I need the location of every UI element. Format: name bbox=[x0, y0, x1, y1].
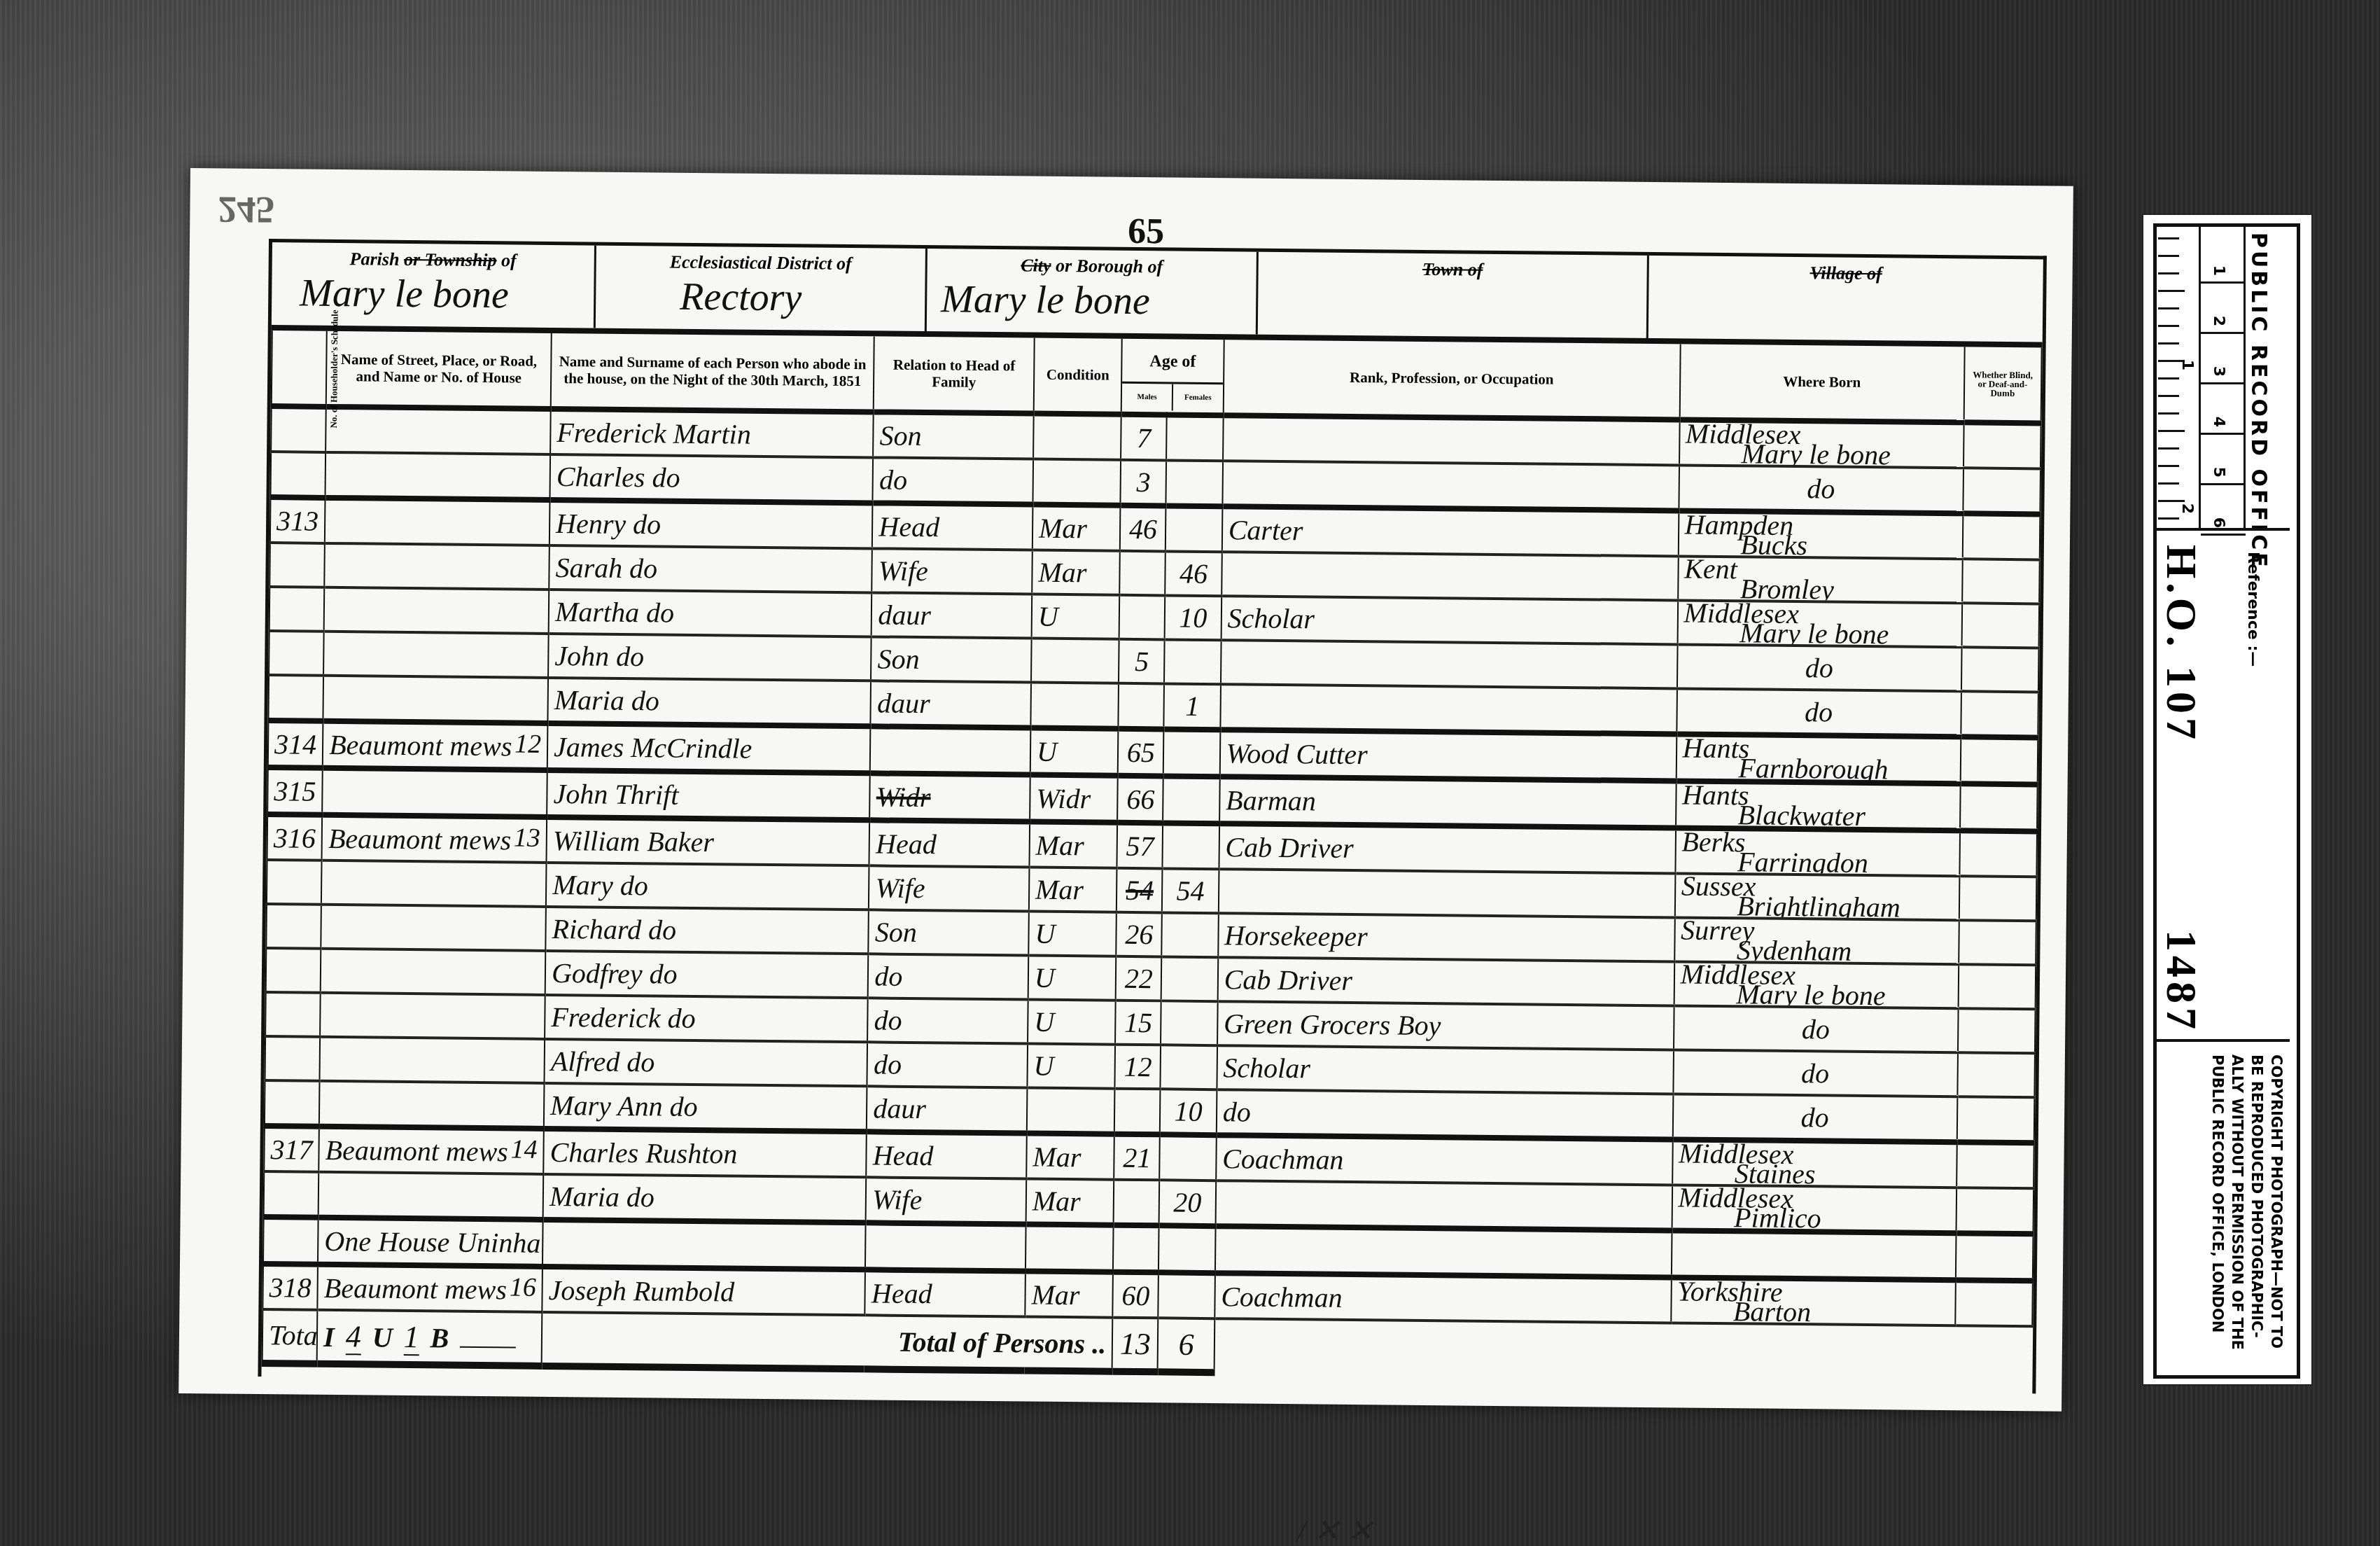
condition bbox=[1027, 1088, 1115, 1134]
uninhabited-value: 1 bbox=[403, 1320, 419, 1356]
male-age: 65 bbox=[1118, 729, 1164, 777]
relation: Son bbox=[869, 910, 1029, 955]
house-number: 12 bbox=[514, 734, 541, 753]
cm-ruler: 123456 bbox=[2199, 227, 2246, 528]
female-age bbox=[1161, 1001, 1218, 1045]
page-number: 65 bbox=[1128, 211, 1165, 252]
ruler-tick bbox=[2158, 517, 2179, 520]
person-name: Mary Ann do bbox=[544, 1083, 867, 1131]
cm-division bbox=[2201, 382, 2246, 384]
female-age bbox=[1163, 729, 1220, 777]
birth-county: Berks bbox=[1681, 828, 1746, 857]
street-address bbox=[324, 587, 549, 634]
birth-county: Kent bbox=[1684, 556, 1737, 584]
ruler-tick bbox=[2158, 325, 2179, 327]
male-age: 54 bbox=[1116, 868, 1163, 913]
condition bbox=[1033, 414, 1121, 460]
blind-deaf bbox=[1956, 1142, 2034, 1188]
female-age bbox=[1158, 1225, 1215, 1273]
occupation bbox=[1220, 684, 1676, 734]
piece-number: 1487 bbox=[2156, 930, 2206, 1033]
where-born: do bbox=[1676, 688, 1961, 737]
cm-label: 1 bbox=[2210, 265, 2227, 276]
street-address bbox=[322, 768, 547, 817]
total-houses-values: I4U1B bbox=[317, 1310, 542, 1366]
reference-label: Reference :— bbox=[2244, 552, 2262, 667]
male-age bbox=[1114, 1180, 1160, 1226]
person-name bbox=[542, 1220, 866, 1269]
street-name: Beaumont mews bbox=[324, 1272, 507, 1305]
relation: Wife bbox=[869, 865, 1029, 911]
relation: daur bbox=[867, 1086, 1027, 1133]
female-age bbox=[1162, 912, 1219, 957]
person-name: James McCrindle bbox=[547, 723, 871, 773]
ecclesiastical-label: Ecclesiastical District of bbox=[596, 251, 925, 276]
cm-label: 2 bbox=[2210, 316, 2227, 326]
street-address: 13Beaumont mews bbox=[322, 815, 547, 863]
borough-label: City or Borough of bbox=[927, 254, 1256, 279]
reference-box: Reference :— H.O. 107 1487 bbox=[2157, 528, 2290, 1042]
female-age bbox=[1158, 1272, 1215, 1318]
birth-county: do bbox=[1800, 1101, 1828, 1133]
blind-deaf bbox=[1955, 1280, 2033, 1326]
birth-county: do bbox=[1802, 1013, 1830, 1045]
female-age: 46 bbox=[1165, 551, 1222, 596]
ecclesiastical-cell: Ecclesiastical District of Rectory bbox=[596, 246, 927, 332]
where-born: MiddlesexStaines bbox=[1672, 1139, 1957, 1188]
where-born: do bbox=[1676, 644, 1961, 691]
totals-blank bbox=[1214, 1318, 2032, 1380]
where-born: SurreySydenham bbox=[1674, 917, 1959, 964]
person-name: Alfred do bbox=[545, 1039, 868, 1086]
relation: Wife bbox=[866, 1177, 1026, 1224]
person-name: William Baker bbox=[547, 817, 870, 865]
col-where-born: Where Born bbox=[1679, 344, 1964, 422]
ruler-tick bbox=[2158, 342, 2179, 344]
occupation: do bbox=[1217, 1089, 1673, 1139]
person-name: John Thrift bbox=[547, 770, 870, 820]
condition: Mar bbox=[1029, 822, 1117, 868]
schedule-number bbox=[267, 860, 322, 905]
cm-label: 4 bbox=[2210, 417, 2227, 427]
where-born: HantsBlackwater bbox=[1676, 781, 1961, 830]
col-name: Name and Surname of each Person who abod… bbox=[551, 333, 874, 412]
relation: Head bbox=[865, 1269, 1025, 1316]
occupation bbox=[1215, 1226, 1672, 1277]
cm-division bbox=[2201, 332, 2246, 334]
person-name: Frederick Martin bbox=[550, 409, 874, 457]
relation: Head bbox=[869, 820, 1030, 867]
ruler-tick bbox=[2158, 307, 2179, 309]
schedule-number: 315 bbox=[267, 767, 323, 815]
occupation bbox=[1221, 552, 1678, 600]
condition bbox=[1030, 683, 1119, 729]
census-sheet: Parish or Township of Mary le bone Eccle… bbox=[258, 239, 2046, 1393]
occupation: Cab Driver bbox=[1219, 823, 1675, 873]
ruler-tick bbox=[2158, 412, 2179, 415]
person-name: Mary do bbox=[546, 863, 869, 910]
relation: Son bbox=[871, 636, 1031, 682]
inch-label: 1 bbox=[2178, 360, 2196, 370]
parish-value: Mary le bone bbox=[272, 270, 594, 318]
street-name: Beaumont mews bbox=[328, 822, 511, 856]
person-name: Sarah do bbox=[549, 545, 872, 592]
where-born: HantsFarnborough bbox=[1676, 734, 1961, 784]
cm-division bbox=[2201, 483, 2246, 485]
street-address bbox=[321, 949, 545, 995]
street-address bbox=[318, 1172, 543, 1220]
ruler-tick bbox=[2158, 465, 2179, 467]
condition: Mar bbox=[1026, 1134, 1114, 1180]
ruler-tick bbox=[2158, 255, 2179, 257]
birth-county: do bbox=[1805, 652, 1833, 683]
street-address bbox=[325, 452, 550, 500]
col-females: Females bbox=[1173, 384, 1223, 411]
condition: U bbox=[1030, 728, 1119, 776]
relation bbox=[865, 1223, 1025, 1271]
schedule-number bbox=[265, 1036, 320, 1081]
occupation bbox=[1215, 1181, 1672, 1230]
where-born: do bbox=[1672, 1094, 1957, 1142]
female-age: 54 bbox=[1162, 868, 1219, 913]
location-header: Parish or Township of Mary le bone Eccle… bbox=[272, 242, 2043, 347]
blind-deaf bbox=[1961, 603, 2039, 648]
blind-deaf bbox=[1959, 876, 2036, 921]
census-rows: Frederick MartinSon7MiddlesexMary le bon… bbox=[262, 406, 2040, 1326]
ruler-tick bbox=[2158, 395, 2179, 397]
where-born: do bbox=[1674, 1005, 1959, 1052]
schedule-number bbox=[270, 452, 325, 498]
birth-county: do bbox=[1807, 473, 1835, 504]
birth-county: do bbox=[1805, 696, 1833, 727]
relation: Head bbox=[872, 503, 1032, 550]
cm-division bbox=[2201, 433, 2246, 435]
where-born: HampdenBucks bbox=[1678, 510, 1963, 559]
street-address: 16Beaumont mews bbox=[318, 1265, 542, 1312]
blind-deaf bbox=[1957, 1052, 2035, 1097]
female-age bbox=[1161, 1045, 1217, 1089]
occupation bbox=[1221, 640, 1677, 688]
person-name: Maria do bbox=[543, 1174, 867, 1223]
occupation: Horsekeeper bbox=[1218, 913, 1674, 961]
village-cell: Village of bbox=[1648, 256, 2043, 342]
condition: Mar bbox=[1032, 505, 1121, 551]
street-address bbox=[325, 498, 549, 545]
total-persons-label: Total of Persons .. bbox=[542, 1312, 1113, 1372]
female-age bbox=[1166, 460, 1223, 506]
male-age: 60 bbox=[1113, 1272, 1159, 1318]
building-value bbox=[460, 1346, 516, 1348]
person-name: Godfrey do bbox=[545, 951, 869, 998]
person-name: Martha do bbox=[549, 590, 872, 636]
street-address bbox=[321, 905, 546, 951]
schedule-number bbox=[271, 406, 326, 452]
parish-label: Parish or Township of bbox=[272, 248, 594, 272]
occupation: Wood Cutter bbox=[1219, 730, 1676, 781]
occupation: Carter bbox=[1222, 506, 1679, 556]
col-street: Name of Street, Place, or Road, and Name… bbox=[326, 331, 552, 409]
cm-label: 5 bbox=[2210, 467, 2227, 478]
occupation bbox=[1223, 415, 1679, 465]
copyright-notice: COPYRIGHT PHOTOGRAPH—NOT TO BE REPRODUCE… bbox=[2157, 1039, 2290, 1371]
street-address: 12Beaumont mews bbox=[323, 721, 548, 770]
person-name: Joseph Rumbold bbox=[542, 1267, 865, 1315]
folio-stamp: 245 bbox=[218, 188, 275, 232]
relation bbox=[870, 726, 1030, 774]
blind-deaf bbox=[1958, 1008, 2036, 1053]
street-address bbox=[323, 676, 548, 723]
inch-ruler: 12 bbox=[2158, 227, 2197, 528]
birth-county: do bbox=[1801, 1057, 1829, 1089]
male-age: 12 bbox=[1115, 1045, 1161, 1089]
schedule-number bbox=[263, 1217, 318, 1265]
female-age bbox=[1167, 415, 1224, 461]
schedule-number bbox=[269, 631, 324, 676]
col-age: Age of MalesFemales bbox=[1121, 339, 1224, 415]
house-number: 16 bbox=[510, 1277, 536, 1297]
condition: Mar bbox=[1025, 1272, 1113, 1318]
condition: Mar bbox=[1029, 868, 1117, 912]
male-age: 3 bbox=[1121, 460, 1167, 506]
strip-frame: 12 123456 PUBLIC RECORD OFFICE Reference… bbox=[2153, 223, 2300, 1379]
male-age bbox=[1119, 683, 1165, 730]
condition: Mar bbox=[1026, 1179, 1114, 1225]
cm-division bbox=[2201, 281, 2246, 284]
schedule-number: 314 bbox=[268, 720, 323, 768]
col-males: Males bbox=[1122, 383, 1173, 410]
relation: do bbox=[867, 1042, 1028, 1087]
male-age: 46 bbox=[1120, 506, 1166, 552]
male-age: 26 bbox=[1116, 912, 1163, 957]
where-born: MiddlesexPimlico bbox=[1672, 1185, 1956, 1233]
male-age: 5 bbox=[1119, 639, 1165, 684]
occupation: Scholar bbox=[1221, 596, 1677, 644]
village-label: Village of bbox=[1649, 261, 2043, 286]
census-table: No. of Householder's Schedule Name of St… bbox=[262, 330, 2043, 1384]
where-born: YorkshireBarton bbox=[1671, 1277, 1956, 1325]
male-age bbox=[1114, 1089, 1161, 1135]
male-age: 15 bbox=[1115, 1001, 1161, 1045]
where-born: MiddlesexMary le bone bbox=[1677, 600, 1962, 647]
total-houses-label: Total of Houses bbox=[262, 1309, 318, 1364]
occupation: Green Grocers Boy bbox=[1217, 1001, 1674, 1050]
where-born: SussexBrightlingham bbox=[1674, 873, 1959, 920]
street-address bbox=[320, 993, 545, 1039]
blind-deaf bbox=[1962, 559, 2040, 604]
building-label: B bbox=[430, 1322, 449, 1353]
strip-title: PUBLIC RECORD OFFICE bbox=[2243, 227, 2292, 528]
condition bbox=[1025, 1225, 1114, 1272]
relation: do bbox=[873, 457, 1033, 504]
blind-deaf bbox=[1963, 468, 2040, 514]
blind-deaf bbox=[1955, 1233, 2033, 1281]
total-males: 13 bbox=[1112, 1318, 1158, 1372]
col-condition: Condition bbox=[1034, 338, 1122, 415]
person-name: Charles Rushton bbox=[543, 1129, 867, 1177]
house-number: 14 bbox=[511, 1139, 538, 1159]
reference-code: H.O. 107 bbox=[2156, 545, 2206, 744]
female-age: 10 bbox=[1165, 595, 1221, 640]
ruler-tick bbox=[2158, 290, 2185, 292]
blind-deaf bbox=[1956, 1188, 2033, 1234]
ruler-tick bbox=[2158, 237, 2179, 239]
occupation: Coachman bbox=[1216, 1135, 1672, 1185]
town-cell: Town of bbox=[1258, 252, 1649, 338]
relation: Head bbox=[867, 1131, 1027, 1178]
total-females: 6 bbox=[1158, 1318, 1214, 1372]
blind-deaf bbox=[1956, 1096, 2034, 1143]
female-age bbox=[1164, 639, 1221, 684]
col-relation: Relation to Head of Family bbox=[874, 336, 1035, 413]
cm-label: 6 bbox=[2210, 517, 2227, 528]
condition: Mar bbox=[1032, 550, 1120, 595]
relation: Son bbox=[873, 412, 1033, 459]
relation: Wife bbox=[872, 548, 1032, 594]
female-age: 20 bbox=[1159, 1180, 1216, 1226]
blind-deaf bbox=[1958, 964, 2036, 1009]
blind-deaf bbox=[1961, 647, 2039, 692]
col-schedule: No. of Householder's Schedule bbox=[272, 330, 327, 407]
schedule-number bbox=[264, 1171, 319, 1218]
blind-deaf bbox=[1960, 784, 2038, 831]
blind-deaf bbox=[1962, 513, 2040, 559]
condition bbox=[1031, 639, 1119, 683]
parish-cell: Parish or Township of Mary le bone bbox=[272, 242, 596, 328]
female-age bbox=[1163, 776, 1220, 823]
person-name: Richard do bbox=[545, 907, 869, 954]
ecclesiastical-value: Rectory bbox=[596, 274, 925, 322]
blind-deaf bbox=[1959, 830, 2037, 877]
street-name: One House Uninhabited bbox=[324, 1225, 542, 1259]
house-number: 13 bbox=[514, 828, 540, 847]
census-page: 245 65 Parish or Township of Mary le bon… bbox=[178, 168, 2073, 1412]
where-born: MiddlesexMary le bone bbox=[1674, 961, 1959, 1008]
male-age bbox=[1119, 595, 1165, 640]
street-address bbox=[324, 543, 549, 590]
male-age: 57 bbox=[1117, 823, 1163, 869]
street-address bbox=[320, 1037, 545, 1083]
schedule-number: 318 bbox=[262, 1264, 318, 1310]
female-age: 10 bbox=[1160, 1089, 1217, 1135]
female-age bbox=[1165, 506, 1222, 552]
schedule-number bbox=[268, 675, 323, 721]
tally-marks: / ✕ ✕ bbox=[1297, 1512, 1373, 1546]
schedule-number bbox=[269, 587, 325, 632]
blind-deaf bbox=[1961, 691, 2038, 737]
schedule-number: 313 bbox=[270, 497, 325, 543]
occupation: Coachman bbox=[1214, 1273, 1671, 1323]
person-name: Charles do bbox=[550, 454, 874, 503]
male-age: 7 bbox=[1121, 415, 1167, 461]
street-address bbox=[325, 407, 550, 454]
blind-deaf bbox=[1960, 737, 2038, 784]
condition: U bbox=[1032, 594, 1120, 639]
schedule-number bbox=[266, 948, 321, 993]
relation: daur bbox=[871, 592, 1032, 638]
age-label: Age of bbox=[1122, 340, 1223, 384]
ruler-tick bbox=[2158, 482, 2179, 485]
col-blind: Whether Blind, or Deaf-and-Dumb bbox=[1963, 347, 2041, 423]
female-age bbox=[1161, 956, 1218, 1001]
schedule-number: 316 bbox=[267, 814, 323, 861]
town-label: Town of bbox=[1259, 258, 1647, 282]
condition: U bbox=[1027, 1044, 1115, 1089]
occupation: Cab Driver bbox=[1217, 957, 1674, 1005]
schedule-number bbox=[269, 543, 325, 587]
where-born: do bbox=[1679, 465, 1963, 513]
condition: U bbox=[1028, 1000, 1116, 1045]
street-address: 14Beaumont mews bbox=[318, 1127, 543, 1174]
street-address bbox=[323, 632, 548, 678]
male-age: 21 bbox=[1114, 1134, 1161, 1181]
street-name: Beaumont mews bbox=[329, 728, 512, 762]
uninhabited-label: U bbox=[372, 1321, 393, 1353]
where-born: MiddlesexMary le bone bbox=[1679, 419, 1964, 468]
occupation: Scholar bbox=[1217, 1045, 1673, 1094]
occupation bbox=[1219, 869, 1675, 917]
condition: U bbox=[1028, 956, 1116, 1001]
ruler-tick bbox=[2158, 430, 2185, 432]
condition: U bbox=[1028, 912, 1116, 956]
relation: do bbox=[868, 954, 1028, 999]
occupation bbox=[1222, 461, 1679, 510]
person-name: Frederick do bbox=[545, 995, 868, 1042]
person-name: John do bbox=[548, 634, 871, 681]
where-born: do bbox=[1673, 1050, 1958, 1096]
col-occupation: Rank, Profession, or Occupation bbox=[1223, 340, 1680, 419]
ruler-tick bbox=[2158, 500, 2185, 502]
borough-cell: City or Borough of Mary le bone bbox=[927, 249, 1259, 335]
person-name: Maria do bbox=[547, 678, 871, 726]
male-age bbox=[1113, 1225, 1159, 1273]
schedule-number bbox=[266, 904, 321, 949]
relation: daur bbox=[871, 681, 1031, 727]
schedule-number: 317 bbox=[264, 1126, 319, 1172]
where-born: KentBromley bbox=[1678, 556, 1963, 603]
street-address bbox=[319, 1081, 544, 1129]
where-born: BerksFarringdon bbox=[1675, 828, 1960, 876]
schedule-number bbox=[265, 992, 321, 1037]
female-age bbox=[1160, 1134, 1217, 1181]
cm-label: 3 bbox=[2210, 366, 2227, 377]
condition bbox=[1032, 459, 1121, 506]
person-name: Henry do bbox=[549, 500, 873, 548]
male-age: 22 bbox=[1116, 956, 1162, 1001]
public-record-office-strip: 12 123456 PUBLIC RECORD OFFICE Reference… bbox=[2142, 214, 2313, 1386]
schedule-number bbox=[265, 1080, 320, 1127]
relation: do bbox=[867, 998, 1028, 1043]
condition: Widr bbox=[1030, 775, 1118, 823]
blind-deaf bbox=[1959, 920, 2036, 965]
male-age: 66 bbox=[1117, 776, 1163, 823]
street-name: Beaumont mews bbox=[325, 1134, 508, 1167]
inhabited-label: I bbox=[323, 1321, 335, 1352]
male-age bbox=[1120, 551, 1166, 596]
where-born bbox=[1671, 1230, 1956, 1280]
borough-value: Mary le bone bbox=[927, 277, 1256, 325]
ruler-tick bbox=[2158, 377, 2179, 379]
relation: Widr bbox=[869, 773, 1030, 821]
inhabited-value: 4 bbox=[346, 1319, 361, 1355]
ruler-tick bbox=[2158, 447, 2179, 450]
occupation: Barman bbox=[1219, 777, 1676, 828]
ruler-tick bbox=[2158, 272, 2179, 274]
blind-deaf bbox=[1963, 422, 2041, 468]
female-age bbox=[1163, 823, 1219, 869]
female-age: 1 bbox=[1164, 683, 1221, 730]
street-address: One House Uninhabited bbox=[318, 1218, 543, 1267]
street-address bbox=[321, 861, 546, 907]
